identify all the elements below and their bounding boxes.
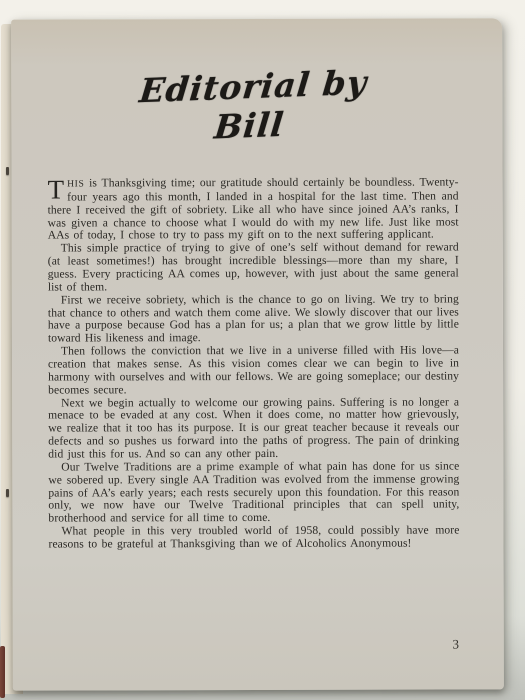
paragraph: First we receive sobriety, which is the … xyxy=(48,293,459,346)
paragraph: This simple practice of trying to give o… xyxy=(48,242,459,295)
staple-mark xyxy=(6,489,9,497)
drop-cap: T xyxy=(48,177,68,201)
paragraph: Next we begin actually to welcome our gr… xyxy=(48,396,459,461)
red-cover-edge xyxy=(0,646,5,698)
small-caps-lead: HIS xyxy=(67,178,84,189)
article-body: THIS is Thanksgiving time; our gratitude… xyxy=(48,176,460,551)
staple-mark xyxy=(6,167,9,175)
magazine-page: Editorial by Bill THIS is Thanksgiving t… xyxy=(11,18,504,690)
paragraph: Our Twelve Traditions are a prime exampl… xyxy=(48,460,459,525)
page-number: 3 xyxy=(441,636,471,652)
opening-paragraph-text: is Thanksgiving time; our gratitude shou… xyxy=(48,175,459,242)
paragraph: Then follows the conviction that we live… xyxy=(48,345,459,398)
paragraph: What people in this very troubled world … xyxy=(48,525,459,552)
opening-paragraph: THIS is Thanksgiving time; our gratitude… xyxy=(48,176,459,242)
scanned-page-photo: Editorial by Bill THIS is Thanksgiving t… xyxy=(0,0,525,700)
handwritten-title: Editorial by Bill xyxy=(102,61,400,150)
